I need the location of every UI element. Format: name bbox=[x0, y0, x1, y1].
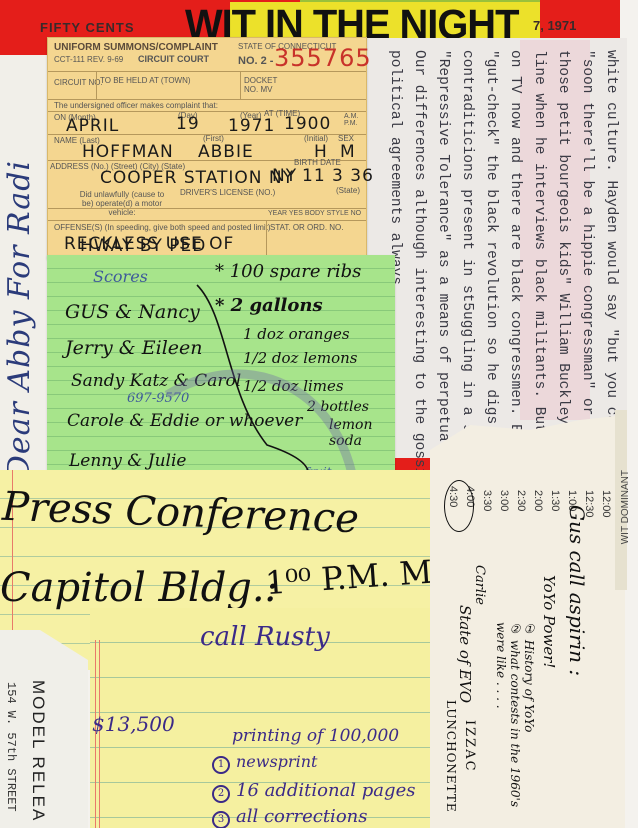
history-note: ① History of YoYo bbox=[522, 622, 536, 732]
contests-note: ② what contests in the 1960's bbox=[508, 622, 522, 807]
item-2: 216 additional pages bbox=[212, 780, 415, 803]
amount-text: $13,500 bbox=[92, 712, 175, 736]
were-like-note: were like . . . . bbox=[494, 622, 508, 709]
value-last-name: HOFFMAN bbox=[82, 142, 174, 162]
capitol-bldg-text: Capitol Bldg.: bbox=[0, 565, 278, 611]
label-unlawfully: Did unlawfully (cause to be) operate(d) … bbox=[74, 190, 170, 217]
label-offense: OFFENSE(S) (In speeding, give both speed… bbox=[54, 223, 271, 232]
item-1-text: newsprint bbox=[236, 752, 317, 771]
schedule-time: 2:00 bbox=[532, 490, 544, 511]
label-held-at: TO BE HELD AT (Town) bbox=[100, 76, 191, 85]
circle-num-2: 2 bbox=[212, 785, 230, 803]
label-docket: DOCKET NO. MV bbox=[244, 76, 284, 94]
typed-line: "soon there'll be a hippie congressman" … bbox=[579, 50, 595, 459]
carlie-note: Carlie bbox=[472, 565, 487, 605]
schedule-time: 3:30 bbox=[481, 490, 493, 511]
label-stat: STAT. OR ORD. NO. bbox=[270, 223, 343, 232]
item-3: 3all corrections bbox=[212, 806, 367, 828]
schedule-edge-text: WIT DOMINANT bbox=[620, 470, 631, 544]
typed-text: white culture. Hayden would say "but you… bbox=[375, 50, 615, 430]
luncheonette-note: LUNCHONETTE bbox=[444, 700, 458, 813]
model-release-title: MODEL RELEA bbox=[28, 680, 48, 822]
schedule-time: 1:30 bbox=[549, 490, 561, 511]
item-3-text: all corrections bbox=[236, 806, 367, 827]
summons-title: UNIFORM SUMMONS/COMPLAINT bbox=[54, 42, 218, 53]
circle-num-3: 3 bbox=[212, 811, 230, 828]
typed-line: Our differences although interesting to … bbox=[411, 50, 427, 476]
item-1: 1newsprint bbox=[212, 752, 317, 774]
value-year: 1971 bbox=[228, 116, 275, 136]
summons-number: 355765 bbox=[274, 44, 372, 72]
value-state: NY bbox=[272, 166, 297, 186]
schedule-time: 12:00 bbox=[600, 490, 612, 518]
value-day: 19 bbox=[176, 114, 200, 134]
value-sex: M bbox=[340, 142, 356, 162]
value-first-name: ABBIE bbox=[198, 142, 254, 162]
yoyo-note: YoYo Power! bbox=[540, 575, 558, 668]
schedule-time: 2:30 bbox=[515, 490, 527, 511]
value-month: APRIL bbox=[66, 116, 119, 136]
magazine-date: 7, 1971 bbox=[533, 18, 576, 33]
typed-line: line when he interviews black militants.… bbox=[531, 50, 547, 433]
summons-form-code: CCT-111 REV. 9-69 bbox=[54, 55, 123, 64]
typed-line: political agreements always bbox=[387, 50, 403, 285]
typed-line: white culture. Hayden would say "but you… bbox=[603, 50, 619, 433]
schedule-time: 3:00 bbox=[498, 490, 510, 511]
gus-note: Gus call aspirin : bbox=[565, 505, 589, 676]
printing-text: printing of 100,000 bbox=[232, 726, 399, 746]
typed-line: contraditicions present in st5uggling in… bbox=[459, 50, 475, 468]
value-birth-date: 11 3 36 bbox=[302, 166, 374, 186]
izzac-note: IZZAC bbox=[462, 720, 477, 773]
circle-num-1: 1 bbox=[212, 756, 230, 774]
magazine-price: FIFTY CENTS bbox=[40, 20, 135, 35]
value-address: COOPER STATION NY bbox=[100, 168, 294, 188]
summons-court: CIRCUIT COURT bbox=[138, 54, 209, 64]
label-ampm: A.M. P.M. bbox=[344, 113, 364, 127]
label-license-state: (State) bbox=[336, 186, 360, 195]
label-license: DRIVER'S LICENSE (No.) bbox=[180, 188, 275, 197]
call-rusty: call Rusty bbox=[200, 622, 330, 652]
typed-line: those petit bourgeois kids" William Buck… bbox=[555, 50, 571, 450]
typed-line: "Repressive Tolerance" as a means of per… bbox=[435, 50, 451, 476]
uniform-summons: UNIFORM SUMMONS/COMPLAINT CCT-111 REV. 9… bbox=[47, 37, 367, 259]
summons-number-prefix: No. 2 - bbox=[238, 55, 273, 67]
typed-line: "gut-check" the black revolution so he d… bbox=[483, 50, 499, 459]
label-year-body: YEAR YES BODY STYLE NO bbox=[268, 210, 361, 217]
state-of-evo-note: State of EVO bbox=[456, 605, 474, 703]
value-offense-2: HWAY BY PED bbox=[80, 236, 206, 256]
typed-line: on TV now and there are black congressme… bbox=[507, 50, 523, 450]
dear-abby-note: Dear Abby For Radi bbox=[2, 160, 37, 479]
circled-time-mark bbox=[444, 480, 474, 532]
model-release-address: 154 W. 57th STREET bbox=[4, 682, 18, 812]
label-complaint: The undersigned officer makes complaint … bbox=[54, 101, 218, 110]
value-time: 1900 bbox=[284, 114, 331, 134]
item-2-text: 16 additional pages bbox=[236, 780, 415, 801]
